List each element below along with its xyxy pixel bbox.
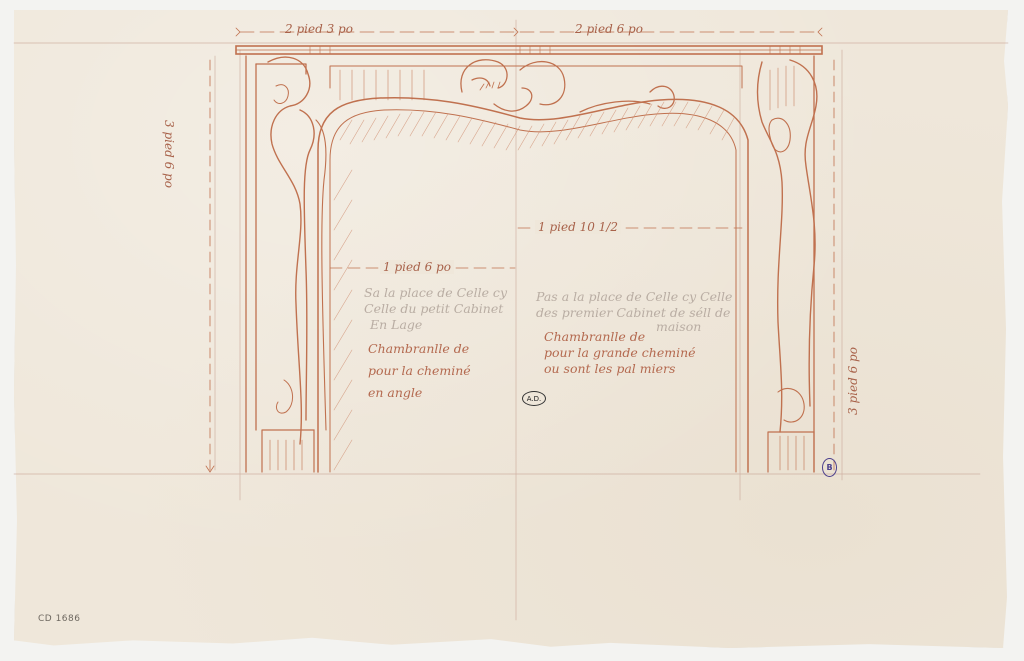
frieze-panel (330, 66, 742, 100)
dimension-top-right: 2 pied 6 po (575, 22, 643, 36)
note-line: Chambranlle de (368, 338, 471, 360)
note-line: des premier Cabinet de séll de (536, 302, 732, 324)
inventory-number: CD 1686 (38, 614, 80, 624)
chimneypiece-drawing (0, 0, 1024, 661)
right-jamb (758, 56, 817, 472)
note-line: en angle (368, 382, 471, 404)
left-jamb (246, 56, 326, 472)
dimension-left-height: 3 pied 6 po (162, 120, 176, 188)
ad-collection-stamp: A.D. (522, 391, 546, 406)
construction-lines (14, 20, 1008, 620)
mantel-shelf (236, 46, 822, 54)
note-line: pour la cheminé (368, 360, 471, 382)
note-line: ou sont les pal miers (544, 358, 696, 380)
dimension-right-height: 3 pied 6 po (846, 347, 860, 415)
dimension-top-left: 2 pied 3 po (285, 22, 353, 36)
dimension-opening-center: 1 pied 10 1/2 (535, 220, 621, 234)
left-main-notes: Chambranlle de pour la cheminé en angle (368, 338, 471, 404)
library-collection-stamp: B (822, 458, 837, 477)
dimension-opening-left: 1 pied 6 po (380, 260, 454, 274)
right-main-notes: Chambranlle de pour la grande cheminé ou… (544, 326, 696, 380)
central-cartouche (461, 60, 674, 112)
left-faint-notes: Sa la place de Celle cy Celle du petit C… (364, 282, 507, 336)
